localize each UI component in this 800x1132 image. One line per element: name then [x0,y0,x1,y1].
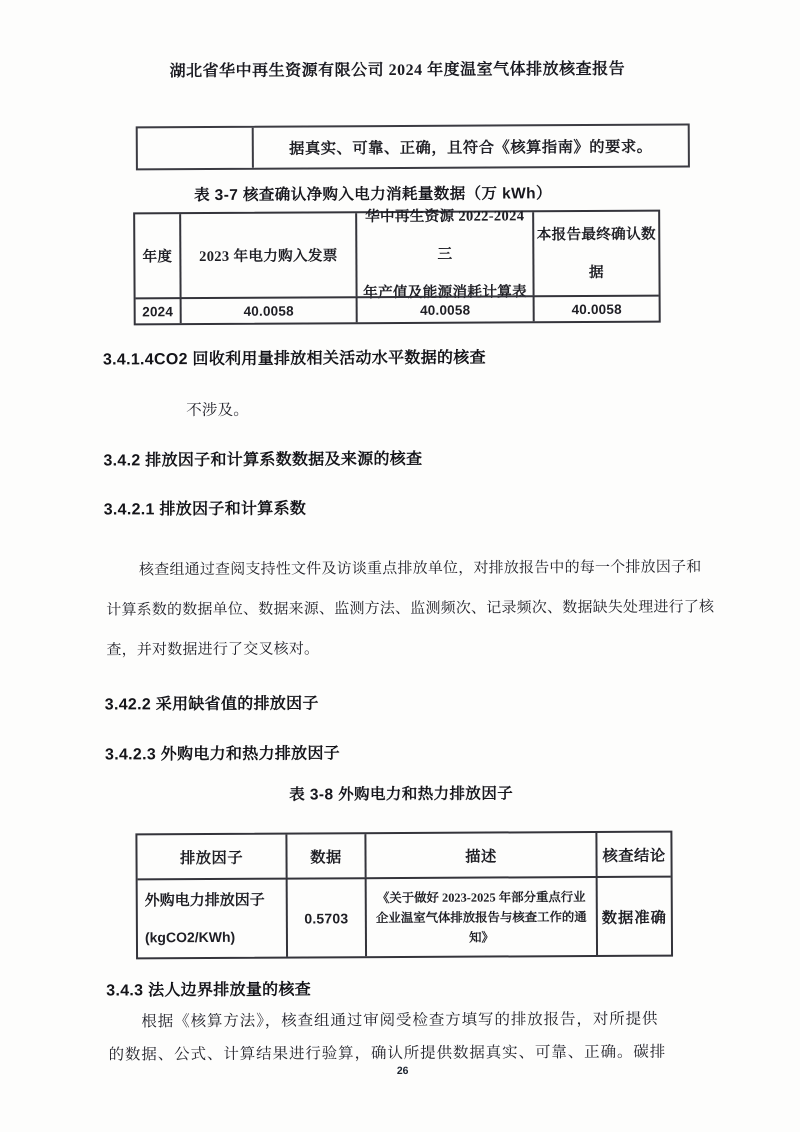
table38-header-conclusion: 核查结论 [595,833,670,876]
table38-cell-factor-unit: (kgCO2/KWh) [145,918,235,954]
table38-header-desc: 描述 [364,833,595,877]
section-342-heading: 3.4.2 排放因子和计算系数数据及来源的核查 [103,446,422,471]
table37-header-calc: 华中再生资源 2022-2024 三 年产值及能源消耗计算表 [355,212,532,296]
table37-header-invoice: 2023 年电力购入发票 [179,213,355,297]
section-343-heading: 3.4.3 法人边界排放量的核查 [106,976,311,1000]
table38-cell-conclusion: 数据准确 [596,876,671,955]
table38-cell-desc: 《关于做好 2023-2025 年部分重点行业企业温室气体排放报告与核查工作的通… [365,876,596,956]
table38-cell-factor: 外购电力排放因子 (kgCO2/KWh) [138,878,286,958]
section-3414-heading: 3.4.1.4CO2 回收利用量排放相关活动水平数据的核查 [103,345,486,370]
table38-header-factor: 排放因子 [137,835,285,879]
section-3421-heading: 3.4.2.1 排放因子和计算系数 [104,495,307,519]
table38: 排放因子 数据 描述 核查结论 外购电力排放因子 (kgCO2/KWh) 0.5… [135,831,673,960]
carryover-empty-cell [138,128,252,169]
section-343-paragraph-line2: 的数据、公式、计算结果进行验算，确认所提供数据真实、可靠、正确。碳排 [108,1040,666,1065]
table37-cell-calc: 40.0058 [356,295,533,322]
table37-cell-final: 40.0058 [533,295,659,322]
table37-header-final-line1: 本报告最终确认数 [537,215,656,254]
section-3421-paragraph-line3: 查，并对数据进行了交叉核对。 [106,637,319,659]
table37-header-final: 本报告最终确认数 据 [532,212,658,296]
table38-caption: 表 3-8 外购电力和热力排放因子 [1,780,800,806]
section-3422-heading: 3.42.2 采用缺省值的排放因子 [105,690,319,714]
table37-cell-year: 2024 [136,297,180,323]
table38-header-value: 数据 [285,834,364,877]
section-3421-paragraph-line1: 核查组通过查阅支持性文件及访谈重点排放单位，对排放报告中的每一个排放因子和 [139,555,702,579]
page-number: 26 [3,1063,800,1079]
table37-cell-invoice: 40.0058 [180,296,356,323]
table38-cell-factor-name: 外购电力排放因子 [145,882,265,919]
table37-header-final-line2: 据 [589,253,604,291]
page-header-title: 湖北省华中再生资源有限公司 2024 年度温室气体排放核查报告 [0,55,797,82]
table37-header-calc-line1: 华中再生资源 2022-2024 三 [357,197,532,274]
table37: 年度 2023 年电力购入发票 华中再生资源 2022-2024 三 年产值及能… [133,210,661,326]
section-3423-heading: 3.4.2.3 外购电力和热力排放因子 [105,740,340,764]
page-content: 湖北省华中再生资源有限公司 2024 年度温室气体排放核查报告 据真实、可靠、正… [0,0,800,1132]
scanned-report-page: 湖北省华中再生资源有限公司 2024 年度温室气体排放核查报告 据真实、可靠、正… [0,0,800,1132]
table38-cell-value: 0.5703 [286,877,365,956]
section-3414-body: 不涉及。 [186,398,249,420]
section-343-paragraph-line1: 根据《核算方法》，核查组通过审阅受检查方填写的排放报告，对所提供 [141,1007,658,1032]
carryover-text-cell: 据真实、可靠、正确，且符合《核算指南》的要求。 [252,125,688,167]
section-3421-paragraph-line2: 计算系数的数据单位、数据来源、监测方法、监测频次、记录频次、数据缺失处理进行了核 [106,595,714,619]
carryover-table: 据真实、可靠、正确，且符合《核算指南》的要求。 [136,123,690,170]
table37-header-year: 年度 [135,214,179,297]
